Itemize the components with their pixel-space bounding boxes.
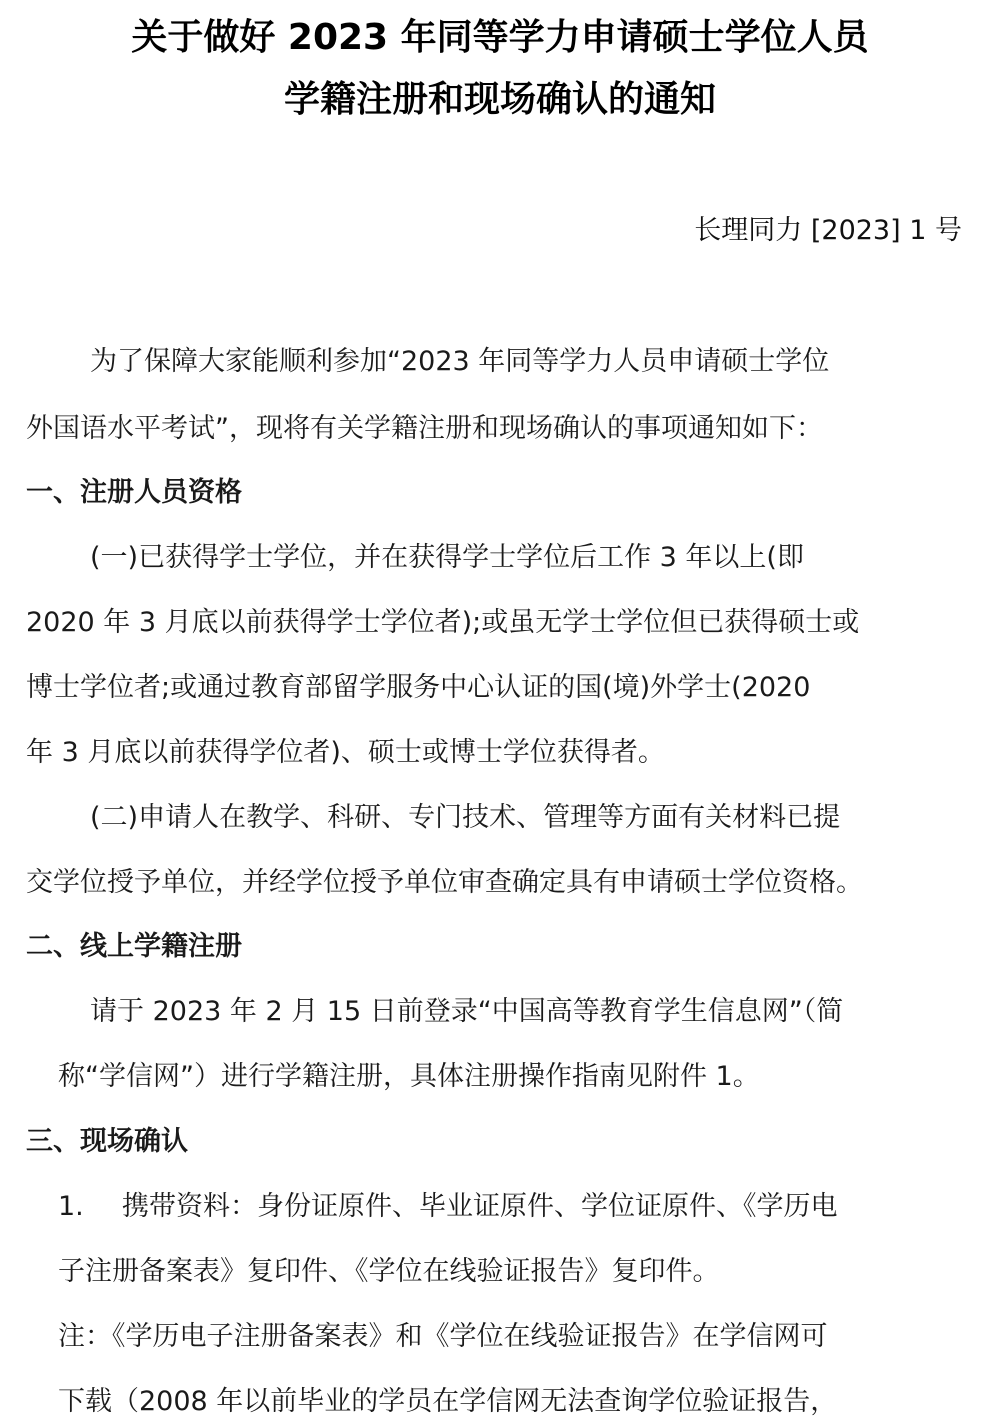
section-heading-2: 二、线上学籍注册 <box>26 931 242 963</box>
section-1-para-1-line-3: 博士学位者;或通过教育部留学服务中心认证的国(境)外学士(2020 <box>26 672 810 704</box>
section-2-para-1-line-2: 称“学信网”）进行学籍注册，具体注册操作指南见附件 1。 <box>58 1061 760 1093</box>
section-1-para-1-line-4: 年 3 月底以前获得学位者)、硕士或博士学位获得者。 <box>26 737 665 769</box>
section-1-para-2-line-1: (二)申请人在教学、科研、专门技术、管理等方面有关材料已提 <box>90 802 840 834</box>
intro-line-2: 外国语水平考试”，现将有关学籍注册和现场确认的事项通知如下： <box>26 413 823 445</box>
section-heading-3: 三、现场确认 <box>26 1126 188 1158</box>
section-3-item-1-line-1: 携带资料：身份证原件、毕业证原件、学位证原件、《学历电 <box>122 1191 838 1223</box>
section-1-para-1-line-1: (一)已获得学士学位，并在获得学士学位后工作 3 年以上(即 <box>90 542 804 574</box>
section-3-item-1-line-2: 子注册备案表》复印件、《学位在线验证报告》复印件。 <box>58 1256 720 1288</box>
section-3-note-line-1: 注：《学历电子注册备案表》和《学位在线验证报告》在学信网可 <box>58 1321 828 1353</box>
intro-line-1: 为了保障大家能顺利参加“2023 年同等学力人员申请硕士学位 <box>90 346 829 378</box>
section-3-note-line-2: 下载（2008 年以前毕业的学员在学信网无法查询学位验证报告， <box>58 1386 837 1418</box>
section-3-item-1-number: 1. <box>58 1191 84 1223</box>
section-2-para-1-line-1: 请于 2023 年 2 月 15 日前登录“中国高等教育学生信息网”（简 <box>90 996 843 1028</box>
document-title-line-2: 学籍注册和现场确认的通知 <box>0 78 1000 122</box>
section-heading-1: 一、注册人员资格 <box>26 477 242 509</box>
section-1-para-1-line-2: 2020 年 3 月底以前获得学士学位者);或虽无学士学位但已获得硕士或 <box>26 607 859 639</box>
document-title-line-1: 关于做好 2023 年同等学力申请硕士学位人员 <box>0 16 1000 60</box>
document-number: 长理同力 [2023] 1 号 <box>694 215 962 247</box>
section-1-para-2-line-2: 交学位授予单位，并经学位授予单位审查确定具有申请硕士学位资格。 <box>26 867 863 899</box>
